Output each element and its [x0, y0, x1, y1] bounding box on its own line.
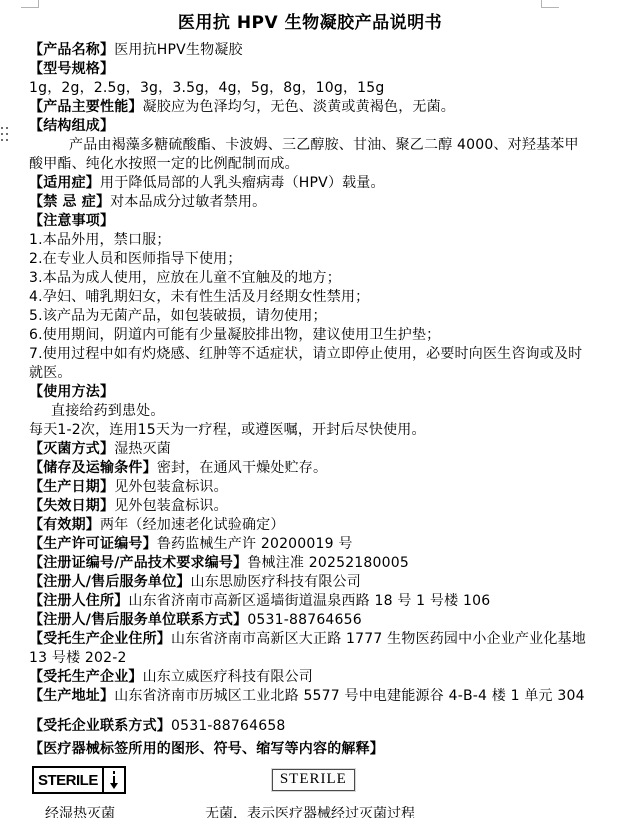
doc-line: 【产品主要性能】凝胶应为色泽均匀，无色、淡黄或黄褐色，无菌。	[29, 98, 591, 117]
field-label: 【灭菌方式】	[29, 441, 114, 457]
doc-line: 【失效日期】见外包装盒标识。	[29, 497, 591, 516]
document-body: 【产品名称】医用抗HPV生物凝胶【型号规格】1g，2g，2.5g，3g，3.5g…	[29, 41, 591, 759]
doc-line: 【生产许可证编号】鲁药监械生产许 20200019 号	[29, 535, 591, 554]
field-label: 【注册人/售后服务单位联系方式】	[29, 612, 247, 628]
doc-line: 5.该产品为无菌产品，如包装破损，请勿使用；	[29, 307, 591, 326]
field-label: 【结构组成】	[29, 118, 114, 134]
doc-line: 【注册人住所】山东省济南市高新区遥墙街道温泉西路 18 号 1 号楼 106	[29, 592, 591, 611]
field-label: 【注册人/售后服务单位】	[29, 574, 191, 590]
sterile-moist-heat-symbol: STERILE	[32, 766, 126, 794]
object-anchor-dots	[1, 127, 9, 142]
doc-line: 【使用方法】	[29, 383, 591, 402]
doc-line: 【受托生产企业】山东立威医疗科技有限公司	[29, 668, 591, 687]
doc-line: 【注册人/售后服务单位联系方式】0531-88764656	[29, 611, 591, 630]
doc-line: 【灭菌方式】湿热灭菌	[29, 440, 591, 459]
field-value: 1.本品外用，禁口服；	[29, 232, 171, 248]
doc-line: 【注册人/售后服务单位】山东思励医疗科技有限公司	[29, 573, 591, 592]
field-value: 两年（经加速老化试验确定）	[100, 517, 285, 533]
field-value: 1g，2g，2.5g，3g，3.5g，4g，5g，8g，10g，15g	[29, 80, 384, 96]
doc-line: 【储存及运输条件】密封，在通风干燥处贮存。	[29, 459, 591, 478]
symbol-captions-row: 经湿热灭菌 无菌，表示医疗器械经过灭菌过程	[29, 803, 591, 818]
doc-line: 【生产日期】见外包装盒标识。	[29, 478, 591, 497]
field-value: 鲁械注准 20252180005	[247, 555, 409, 571]
field-label: 【受托生产企业】	[29, 669, 143, 685]
field-value: 山东立威医疗科技有限公司	[143, 669, 313, 685]
document-content: 医用抗 HPV 生物凝胶产品说明书 【产品名称】医用抗HPV生物凝胶【型号规格】…	[29, 8, 591, 818]
field-value: 见外包装盒标识。	[114, 498, 228, 514]
doc-line: 【受托生产企业住所】山东省济南市高新区大正路 1777 生物医药园中小企业产业化…	[29, 630, 591, 668]
field-value: 6.使用期间，阴道内可能有少量凝胶排出物，建议使用卫生护垫；	[29, 327, 440, 343]
doc-line: 【生产地址】山东省济南市历城区工业北路 5577 号中电建能源谷 4-B-4 楼…	[29, 687, 591, 706]
field-value: 5.该产品为无菌产品，如包装破损，请勿使用；	[29, 308, 327, 324]
field-value: 产品由褐藻多糖硫酸酯、卡波姆、三乙醇胺、甘油、聚乙二醇 4000、对羟基苯甲酸甲…	[29, 137, 579, 172]
field-label: 【储存及运输条件】	[29, 460, 157, 476]
field-value: 每天1-2次，连用15天为一疗程，或遵医嘱，开封后尽快使用。	[29, 422, 426, 438]
field-label: 【型号规格】	[29, 61, 114, 77]
doc-line: 3.本品为成人使用，应放在儿童不宜触及的地方；	[29, 269, 591, 288]
field-value: 医用抗HPV生物凝胶	[114, 42, 243, 58]
product-instruction-page: 医用抗 HPV 生物凝胶产品说明书 【产品名称】医用抗HPV生物凝胶【型号规格】…	[0, 0, 619, 818]
field-label: 【禁 忌 症】	[29, 194, 110, 210]
doc-line: 1g，2g，2.5g，3g，3.5g，4g，5g，8g，10g，15g	[29, 79, 591, 98]
field-label: 【生产地址】	[29, 688, 114, 704]
doc-line: 产品由褐藻多糖硫酸酯、卡波姆、三乙醇胺、甘油、聚乙二醇 4000、对羟基苯甲酸甲…	[29, 136, 591, 174]
field-label: 【受托生产企业住所】	[29, 631, 171, 647]
field-value: 用于降低局部的人乳头瘤病毒（HPV）载量。	[100, 175, 385, 191]
field-label: 【失效日期】	[29, 498, 114, 514]
doc-line: 【产品名称】医用抗HPV生物凝胶	[29, 41, 591, 60]
field-value: 山东思励医疗科技有限公司	[191, 574, 361, 590]
field-label: 【受托企业联系方式】	[29, 718, 171, 734]
doc-line: 【适用症】用于降低局部的人乳头瘤病毒（HPV）载量。	[29, 174, 591, 193]
sterile-moist-heat-caption: 经湿热灭菌	[45, 803, 115, 818]
thermometer-down-arrow-icon	[102, 768, 124, 792]
doc-line: 【结构组成】	[29, 117, 591, 136]
margin-mark-top-left	[21, 0, 39, 8]
doc-line: 【受托企业联系方式】0531-88764658	[29, 717, 591, 736]
doc-line: 【医疗器械标签所用的图形、符号、缩写等内容的解释】	[29, 740, 591, 759]
field-label: 【产品名称】	[29, 42, 114, 58]
field-value: 3.本品为成人使用，应放在儿童不宜触及的地方；	[29, 270, 341, 286]
field-value: 2.在专业人员和医师指导下使用；	[29, 251, 242, 267]
field-value: 见外包装盒标识。	[114, 479, 228, 495]
doc-line: 4.孕妇、哺乳期妇女，未有性生活及月经期女性禁用；	[29, 288, 591, 307]
symbols-row: STERILE STERILE	[29, 765, 591, 795]
sterile-symbol: STERILE	[272, 769, 355, 791]
doc-line: 【有效期】两年（经加速老化试验确定）	[29, 516, 591, 535]
doc-line: 【注册证编号/产品技术要求编号】鲁械注准 20252180005	[29, 554, 591, 573]
field-value: 湿热灭菌	[114, 441, 171, 457]
field-value: 山东省济南市历城区工业北路 5577 号中电建能源谷 4-B-4 楼 1 单元 …	[114, 688, 585, 704]
doc-line: 【禁 忌 症】对本品成分过敏者禁用。	[29, 193, 591, 212]
doc-line: 每天1-2次，连用15天为一疗程，或遵医嘱，开封后尽快使用。	[29, 421, 591, 440]
sterile-caption: 无菌，表示医疗器械经过灭菌过程	[205, 803, 415, 818]
field-value: 密封，在通风干燥处贮存。	[157, 460, 327, 476]
field-value: 山东省济南市高新区遥墙街道温泉西路 18 号 1 号楼 106	[128, 593, 490, 609]
sterile-moist-heat-label: STERILE	[34, 768, 102, 792]
field-value: 对本品成分过敏者禁用。	[110, 194, 266, 210]
field-value: 鲁药监械生产许 20200019 号	[157, 536, 353, 552]
field-value: 4.孕妇、哺乳期妇女，未有性生活及月经期女性禁用；	[29, 289, 369, 305]
doc-line: 6.使用期间，阴道内可能有少量凝胶排出物，建议使用卫生护垫；	[29, 326, 591, 345]
field-label: 【生产许可证编号】	[29, 536, 157, 552]
doc-line: 7.使用过程中如有灼烧感、红肿等不适症状，请立即停止使用，必要时向医生咨询或及时…	[29, 345, 591, 383]
field-value: 7.使用过程中如有灼烧感、红肿等不适症状，请立即停止使用，必要时向医生咨询或及时…	[29, 346, 582, 381]
field-value: 凝胶应为色泽均匀，无色、淡黄或黄褐色，无菌。	[143, 99, 455, 115]
field-label: 【注意事项】	[29, 213, 114, 229]
doc-line: 直接给药到患处。	[29, 402, 591, 421]
doc-line: 2.在专业人员和医师指导下使用；	[29, 250, 591, 269]
field-label: 【产品主要性能】	[29, 99, 143, 115]
field-label: 【有效期】	[29, 517, 100, 533]
field-label: 【注册证编号/产品技术要求编号】	[29, 555, 247, 571]
doc-line: 1.本品外用，禁口服；	[29, 231, 591, 250]
field-value: 0531-88764656	[247, 612, 362, 628]
field-label: 【适用症】	[29, 175, 100, 191]
sterile-label: STERILE	[280, 771, 347, 787]
field-value: 0531-88764658	[171, 718, 286, 734]
doc-line: 【注意事项】	[29, 212, 591, 231]
margin-mark-top-right	[541, 0, 559, 8]
field-label: 【注册人住所】	[29, 593, 128, 609]
field-label: 【医疗器械标签所用的图形、符号、缩写等内容的解释】	[29, 741, 384, 757]
document-title: 医用抗 HPV 生物凝胶产品说明书	[29, 8, 591, 33]
field-label: 【生产日期】	[29, 479, 114, 495]
doc-line: 【型号规格】	[29, 60, 591, 79]
field-label: 【使用方法】	[29, 384, 114, 400]
field-value: 直接给药到患处。	[51, 403, 165, 419]
